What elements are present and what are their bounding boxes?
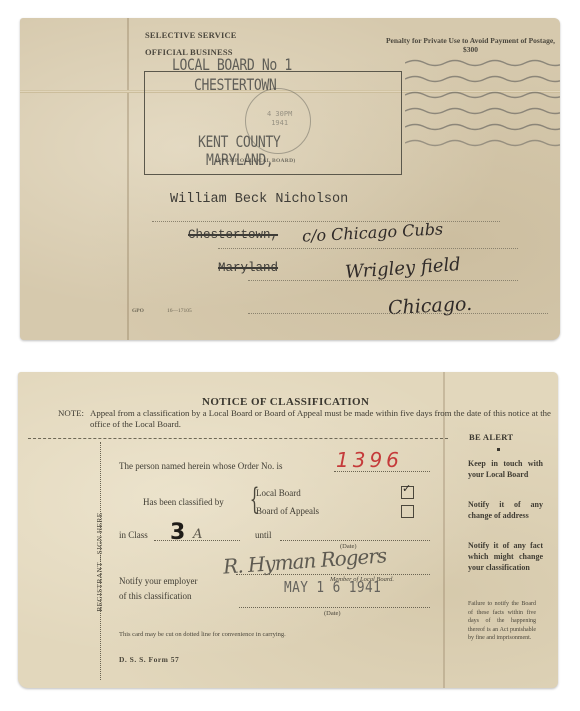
cancellation-wave-icon [405, 138, 560, 148]
cancellation-wave-icon [405, 74, 560, 84]
alert-item: Notify it of any fact which might change… [468, 540, 543, 573]
notify-employer-label-2: of this classification [119, 591, 191, 601]
classified-by-label: Has been classified by [143, 497, 224, 507]
until-label: until [255, 530, 272, 540]
address-dotted-line [152, 221, 500, 222]
cancellation-wave-icon [405, 106, 560, 116]
notice-of-classification-card: NOTICE OF CLASSIFICATION NOTE: Appeal fr… [18, 372, 558, 688]
issue-date-line [239, 607, 430, 608]
option-local-board-label: Local Board [256, 488, 301, 498]
in-class-label: in Class [119, 530, 148, 540]
be-alert-title: BE ALERT [469, 432, 513, 442]
gpo-number: 16—17105 [167, 308, 192, 314]
checkmark-icon: ✓ [402, 482, 411, 495]
address-dotted-line [248, 313, 548, 314]
until-date-line [280, 540, 430, 541]
cancellation-wave-icon [405, 58, 560, 68]
board-stamp-line1: LOCAL BOARD No 1 [172, 55, 292, 74]
header-selective-service: SELECTIVE SERVICE [145, 30, 237, 40]
notify-employer-label-1: Notify your employer [119, 576, 197, 586]
note-text: Appeal from a classification by a Local … [90, 408, 560, 430]
sign-here-label: REGISTRANT—SIGN HERE [96, 512, 104, 611]
bullet-icon [497, 448, 500, 451]
address-field-handwritten: Wrigley field [344, 254, 461, 283]
fold-crease-vertical [127, 18, 129, 340]
option-board-of-appeals-label: Board of Appeals [256, 506, 319, 516]
form-number: D. S. S. Form 57 [119, 655, 179, 664]
alert-fine-print: Failure to notify the Board of these fac… [468, 600, 536, 643]
postmark-text: 4 30PM 1941 [267, 110, 292, 128]
envelope-front-card: SELECTIVE SERVICE OFFICIAL BUSINESS Pena… [20, 18, 560, 340]
address-dotted-line [218, 248, 518, 249]
class-value: 3 [170, 520, 185, 545]
cancellation-wave-icon [405, 90, 560, 100]
order-number-value: 1396 [336, 448, 403, 472]
issue-date-caption: (Date) [324, 610, 341, 617]
board-of-appeals-checkbox[interactable] [401, 505, 414, 518]
postage-penalty-notice: Penalty for Private Use to Avoid Payment… [378, 36, 563, 54]
board-stamp-line3: KENT COUNTY [198, 132, 280, 151]
address-city-struck: Chestertown, [188, 228, 278, 242]
cut-note: This card may be cut on dotted line for … [119, 631, 286, 638]
board-stamp-caption: (STAMP OF LOCAL BOARD) [216, 158, 295, 164]
issue-date-stamp: MAY 1 6 1941 [284, 578, 381, 596]
address-state-struck: Maryland [218, 261, 278, 275]
address-dotted-line [248, 280, 518, 281]
alert-item: Keep in touch with your Local Board [468, 458, 543, 480]
alert-item: Notify it of any change of address [468, 499, 543, 521]
address-care-of-handwritten: c/o Chicago Cubs [302, 219, 444, 245]
signature-line [236, 574, 430, 575]
order-number-label: The person named herein whose Order No. … [119, 461, 282, 471]
cancellation-wave-icon [405, 122, 560, 132]
note-label: NOTE: [58, 408, 84, 418]
address-city-handwritten: Chicago. [387, 293, 472, 319]
board-stamp-line2: CHESTERTOWN [194, 75, 276, 94]
class-suffix: A [193, 527, 202, 542]
gpo-label: GPO [132, 308, 144, 314]
cut-dashed-line [28, 438, 448, 439]
notice-title: NOTICE OF CLASSIFICATION [202, 396, 369, 408]
addressee-name: William Beck Nicholson [170, 192, 348, 207]
